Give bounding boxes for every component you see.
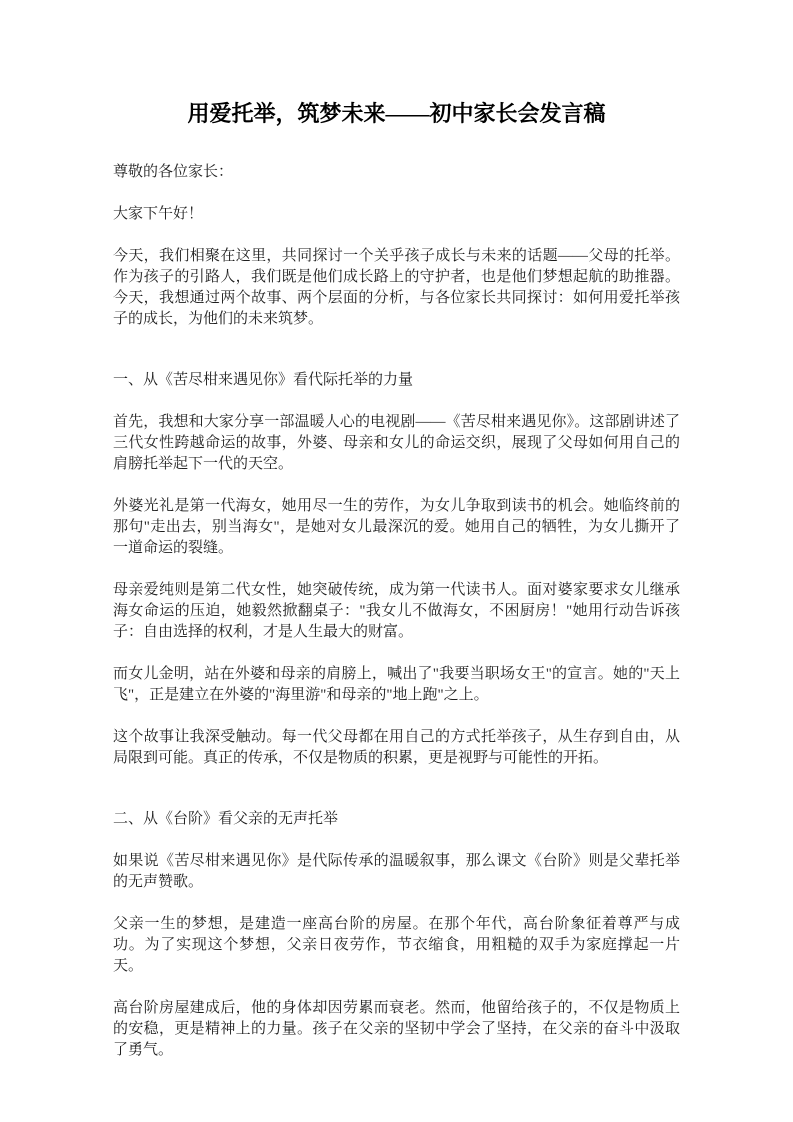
document-body: 尊敬的各位家长：大家下午好！今天，我们相聚在这里，共同探讨一个关乎孩子成长与未来… [113,162,680,1061]
paragraph: 大家下午好！ [113,204,680,225]
document-content: 用爱托举，筑梦未来——初中家长会发言稿 尊敬的各位家长：大家下午好！今天，我们相… [113,0,680,1061]
paragraph: 这个故事让我深受触动。每一代父母都在用自己的方式托举孩子，从生存到自由，从局限到… [113,727,680,769]
document-title: 用爱托举，筑梦未来——初中家长会发言稿 [113,98,680,130]
paragraph: 而女儿金明，站在外婆和母亲的肩膀上，喊出了"我要当职场女王"的宣言。她的"天上飞… [113,664,680,706]
section-heading: 二、从《台阶》看父亲的无声托举 [113,809,680,830]
paragraph: 首先，我想和大家分享一部温暖人心的电视剧——《苦尽柑来遇见你》。这部剧讲述了三代… [113,412,680,475]
document-page: 用爱托举，筑梦未来——初中家长会发言稿 尊敬的各位家长：大家下午好！今天，我们相… [0,0,793,1122]
paragraph: 如果说《苦尽柑来遇见你》是代际传承的温暖叙事，那么课文《台阶》则是父辈托举的无声… [113,851,680,893]
section-heading: 一、从《苦尽柑来遇见你》看代际托举的力量 [113,370,680,391]
paragraph: 外婆光礼是第一代海女，她用尽一生的劳作，为女儿争取到读书的机会。她临终前的那句"… [113,496,680,559]
paragraph: 尊敬的各位家长： [113,162,680,183]
paragraph: 高台阶房屋建成后，他的身体却因劳累而衰老。然而，他留给孩子的，不仅是物质上的安稳… [113,998,680,1061]
paragraph: 今天，我们相聚在这里，共同探讨一个关乎孩子成长与未来的话题——父母的托举。作为孩… [113,246,680,330]
paragraph: 母亲爱纯则是第二代女性，她突破传统，成为第一代读书人。面对婆家要求女儿继承海女命… [113,580,680,643]
paragraph: 父亲一生的梦想，是建造一座高台阶的房屋。在那个年代，高台阶象征着尊严与成功。为了… [113,914,680,977]
